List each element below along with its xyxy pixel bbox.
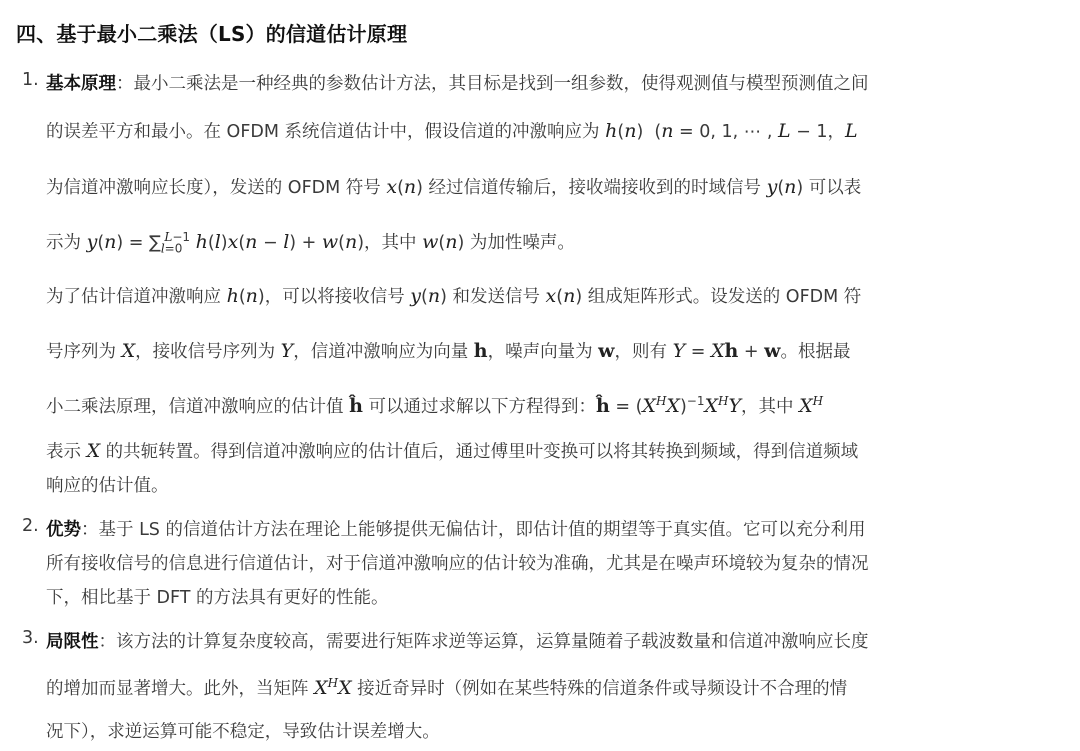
item-label: 优势 <box>46 520 81 540</box>
paragraph-line: 况下），求逆运算可能不稳定，导致估计误差增大。 <box>46 718 440 743</box>
paragraph-line: 下，相比基于 DFT 的方法具有更好的性能。 <box>46 584 389 609</box>
paragraph-line: 为信道冲激响应长度），发送的 OFDM 符号 x(n) 经过信道传输后，接收端接… <box>46 174 861 199</box>
paragraph-line: 响应的估计值。 <box>46 472 169 497</box>
list-number: 3. <box>22 628 39 648</box>
paragraph-line: 小二乘法原理，信道冲激响应的估计值 ĥ 可以通过求解以下方程得到：ĥ = (XH… <box>46 393 823 418</box>
paragraph-line: 的误差平方和最小。在 OFDM 系统信道估计中，假设信道的冲激响应为 h(n) … <box>46 118 858 143</box>
paragraph-line: 优势：基于 LS 的信道估计方法在理论上能够提供无偏估计，即估计值的期望等于真实… <box>46 516 865 541</box>
list-number: 2. <box>22 516 39 536</box>
paragraph-line: 表示 X 的共轭转置。得到信道冲激响应的估计值后，通过傅里叶变换可以将其转换到频… <box>46 438 858 463</box>
paragraph-line: 所有接收信号的信息进行信道估计，对于信道冲激响应的估计较为准确，尤其是在噪声环境… <box>46 550 869 575</box>
paragraph-line: 局限性：该方法的计算复杂度较高，需要进行矩阵求逆等运算，运算量随着子载波数量和信… <box>46 628 869 653</box>
paragraph-line: 基本原理：最小二乘法是一种经典的参数估计方法，其目标是找到一组参数，使得观测值与… <box>46 70 869 95</box>
item-label: 局限性 <box>46 632 99 652</box>
list-number: 1. <box>22 70 39 90</box>
paragraph-line: 号序列为 X，接收信号序列为 Y，信道冲激响应为向量 h，噪声向量为 w，则有 … <box>46 338 850 363</box>
paragraph-line: 的增加而显著增大。此外，当矩阵 XHX 接近奇异时（例如在某些特殊的信道条件或导… <box>46 675 847 700</box>
paragraph-line: 示为 y(n) = ∑l=0L−1 h(l)x(n − l) + w(n)，其中… <box>46 229 575 256</box>
section-heading: 四、基于最小二乘法（LS）的信道估计原理 <box>16 18 407 47</box>
item-label: 基本原理 <box>46 74 116 94</box>
paragraph-line: 为了估计信道冲激响应 h(n)，可以将接收信号 y(n) 和发送信号 x(n) … <box>46 283 861 308</box>
